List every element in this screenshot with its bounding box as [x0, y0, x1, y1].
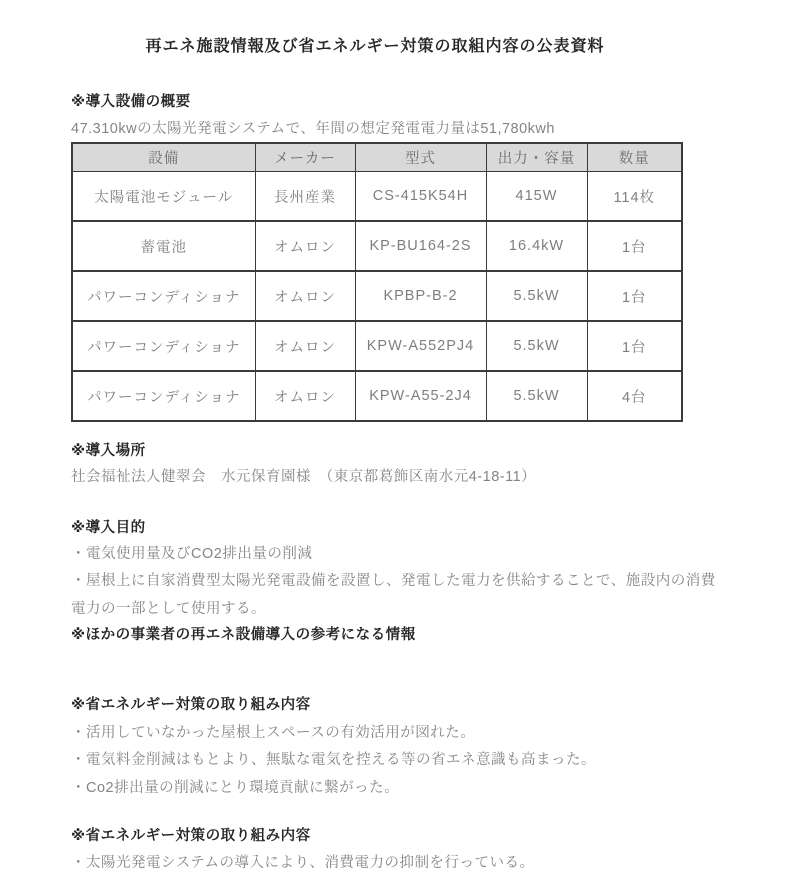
column-header-equipment: 設備 — [72, 143, 255, 172]
section-heading-location: ※導入場所 — [71, 440, 146, 462]
equipment-table-container: 設備 メーカー 型式 出力・容量 数量 太陽電池モジュール 長州産業 CS-41… — [71, 142, 683, 422]
section-heading-equipment-overview: ※導入設備の概要 — [71, 91, 191, 113]
energy-saving-bullet: ・Co2排出量の削減にとり環境貢献に繋がった。 — [71, 775, 399, 803]
table-cell-equipment: パワーコンディショナ — [72, 321, 255, 371]
table-cell-maker: オムロン — [255, 371, 355, 421]
table-cell-output: 415W — [486, 172, 587, 222]
table-cell-equipment: パワーコンディショナ — [72, 271, 255, 321]
table-cell-output: 5.5kW — [486, 371, 587, 421]
energy-saving-bullet: ・活用していなかった屋根上スペースの有効活用が図れた。 — [71, 720, 475, 748]
section-heading-energy-saving-1: ※省エネルギー対策の取り組み内容 — [71, 694, 311, 716]
table-cell-maker: オムロン — [255, 321, 355, 371]
section-heading-purpose: ※導入目的 — [71, 517, 146, 539]
location-text: 社会福祉法人健翠会 水元保育園様 （東京都葛飾区南水元4-18-11） — [71, 464, 536, 492]
purpose-bullet: ・屋根上に自家消費型太陽光発電設備を設置し、発電した電力を供給することで、施設内… — [71, 568, 723, 623]
table-cell-maker: 長州産業 — [255, 172, 355, 222]
purpose-bullet: ・電気使用量及びCO2排出量の削減 — [71, 541, 312, 569]
table-header-row: 設備 メーカー 型式 出力・容量 数量 — [72, 143, 682, 172]
table-row: パワーコンディショナ オムロン KPBP-B-2 5.5kW 1台 — [72, 271, 682, 321]
table-cell-output: 5.5kW — [486, 271, 587, 321]
table-cell-quantity: 114枚 — [587, 172, 682, 222]
table-cell-quantity: 4台 — [587, 371, 682, 421]
equipment-overview-intro: 47.310kwの太陽光発電システムで、年間の想定発電電力量は51,780kwh — [71, 116, 555, 144]
table-cell-equipment: 太陽電池モジュール — [72, 172, 255, 222]
table-cell-equipment: パワーコンディショナ — [72, 371, 255, 421]
table-cell-model: KPW-A552PJ4 — [355, 321, 486, 371]
table-cell-quantity: 1台 — [587, 321, 682, 371]
table-cell-quantity: 1台 — [587, 271, 682, 321]
section-heading-reference-info: ※ほかの事業者の再エネ設備導入の参考になる情報 — [71, 624, 416, 646]
page-title: 再エネ施設情報及び省エネルギー対策の取組内容の公表資料 — [71, 33, 679, 56]
energy-saving-bullet: ・電気料金削減はもとより、無駄な電気を控える等の省エネ意識も高まった。 — [71, 747, 596, 775]
table-cell-output: 5.5kW — [486, 321, 587, 371]
table-cell-equipment: 蓄電池 — [72, 221, 255, 271]
table-row: 太陽電池モジュール 長州産業 CS-415K54H 415W 114枚 — [72, 172, 682, 222]
equipment-table: 設備 メーカー 型式 出力・容量 数量 太陽電池モジュール 長州産業 CS-41… — [71, 142, 683, 422]
table-row: パワーコンディショナ オムロン KPW-A552PJ4 5.5kW 1台 — [72, 321, 682, 371]
table-cell-model: CS-415K54H — [355, 172, 486, 222]
column-header-quantity: 数量 — [587, 143, 682, 172]
table-row: 蓄電池 オムロン KP-BU164-2S 16.4kW 1台 — [72, 221, 682, 271]
table-cell-model: KPBP-B-2 — [355, 271, 486, 321]
table-row: パワーコンディショナ オムロン KPW-A55-2J4 5.5kW 4台 — [72, 371, 682, 421]
table-cell-maker: オムロン — [255, 271, 355, 321]
energy-saving-bullet: ・太陽光発電システムの導入により、消費電力の抑制を行っている。 — [71, 850, 535, 878]
table-cell-quantity: 1台 — [587, 221, 682, 271]
table-cell-maker: オムロン — [255, 221, 355, 271]
column-header-maker: メーカー — [255, 143, 355, 172]
table-cell-output: 16.4kW — [486, 221, 587, 271]
column-header-model: 型式 — [355, 143, 486, 172]
column-header-output: 出力・容量 — [486, 143, 587, 172]
section-heading-energy-saving-2: ※省エネルギー対策の取り組み内容 — [71, 825, 311, 847]
table-cell-model: KPW-A55-2J4 — [355, 371, 486, 421]
table-cell-model: KP-BU164-2S — [355, 221, 486, 271]
